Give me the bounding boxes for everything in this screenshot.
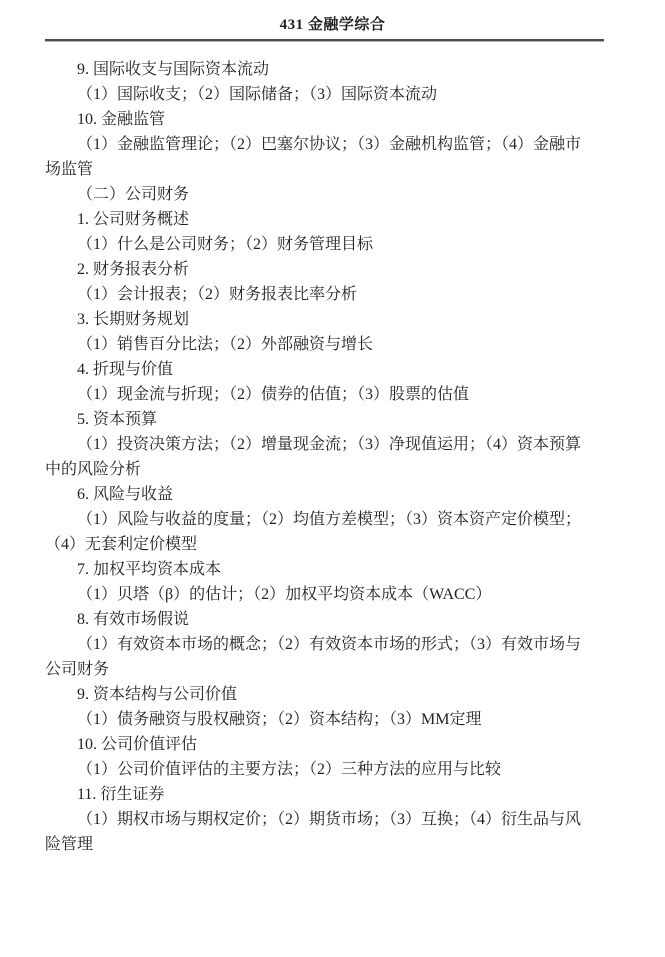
text-line: 9. 国际收支与国际资本流动: [45, 57, 611, 82]
text-line: （1）风险与收益的度量；（2）均值方差模型；（3）资本资产定价模型；: [45, 507, 611, 532]
text-line: （二）公司财务: [45, 182, 611, 207]
text-line: 7. 加权平均资本成本: [45, 557, 611, 582]
text-line: （1）会计报表；（2）财务报表比率分析: [45, 282, 611, 307]
text-line: （1）债务融资与股权融资；（2）资本结构；（3）MM定理: [45, 707, 611, 732]
text-line: （1）什么是公司财务；（2）财务管理目标: [45, 232, 611, 257]
text-line: （1）期权市场与期权定价；（2）期货市场；（3）互换；（4）衍生品与风: [45, 807, 611, 832]
text-line: 2. 财务报表分析: [45, 257, 611, 282]
text-line: 6. 风险与收益: [45, 482, 611, 507]
text-line: （1）国际收支；（2）国际储备；（3）国际资本流动: [45, 82, 611, 107]
text-line: （1）贝塔（β）的估计；（2）加权平均资本成本（WACC）: [45, 582, 611, 607]
text-line: 10. 金融监管: [45, 107, 611, 132]
text-line: （1）公司价值评估的主要方法；（2）三种方法的应用与比较: [45, 757, 611, 782]
text-line: 9. 资本结构与公司价值: [45, 682, 611, 707]
text-line: 1. 公司财务概述: [45, 207, 611, 232]
text-line: （1）销售百分比法；（2）外部融资与增长: [45, 332, 611, 357]
text-line: 险管理: [45, 832, 611, 857]
text-line: 3. 长期财务规划: [45, 307, 611, 332]
text-line: 公司财务: [45, 657, 611, 682]
text-line: （1）金融监管理论；（2）巴塞尔协议；（3）金融机构监管；（4）金融市: [45, 132, 611, 157]
text-line: 8. 有效市场假说: [45, 607, 611, 632]
text-line: 中的风险分析: [45, 457, 611, 482]
text-line: 4. 折现与价值: [45, 357, 611, 382]
text-line: 11. 衍生证券: [45, 782, 611, 807]
text-line: 5. 资本预算: [45, 407, 611, 432]
text-line: 10. 公司价值评估: [45, 732, 611, 757]
text-line: （1）投资决策方法；（2）增量现金流；（3）净现值运用；（4）资本预算: [45, 432, 611, 457]
text-line: （1）有效资本市场的概念；（2）有效资本市场的形式；（3）有效市场与: [45, 632, 611, 657]
text-line: （1）现金流与折现；（2）债券的估值；（3）股票的估值: [45, 382, 611, 407]
document-page: 431 金融学综合 9. 国际收支与国际资本流动（1）国际收支；（2）国际储备；…: [0, 0, 665, 957]
document-body: 9. 国际收支与国际资本流动（1）国际收支；（2）国际储备；（3）国际资本流动1…: [45, 57, 611, 857]
text-line: 场监管: [45, 157, 611, 182]
text-line: （4）无套利定价模型: [45, 532, 611, 557]
page-header-title: 431 金融学综合: [0, 13, 665, 34]
header-rule: [45, 39, 604, 42]
